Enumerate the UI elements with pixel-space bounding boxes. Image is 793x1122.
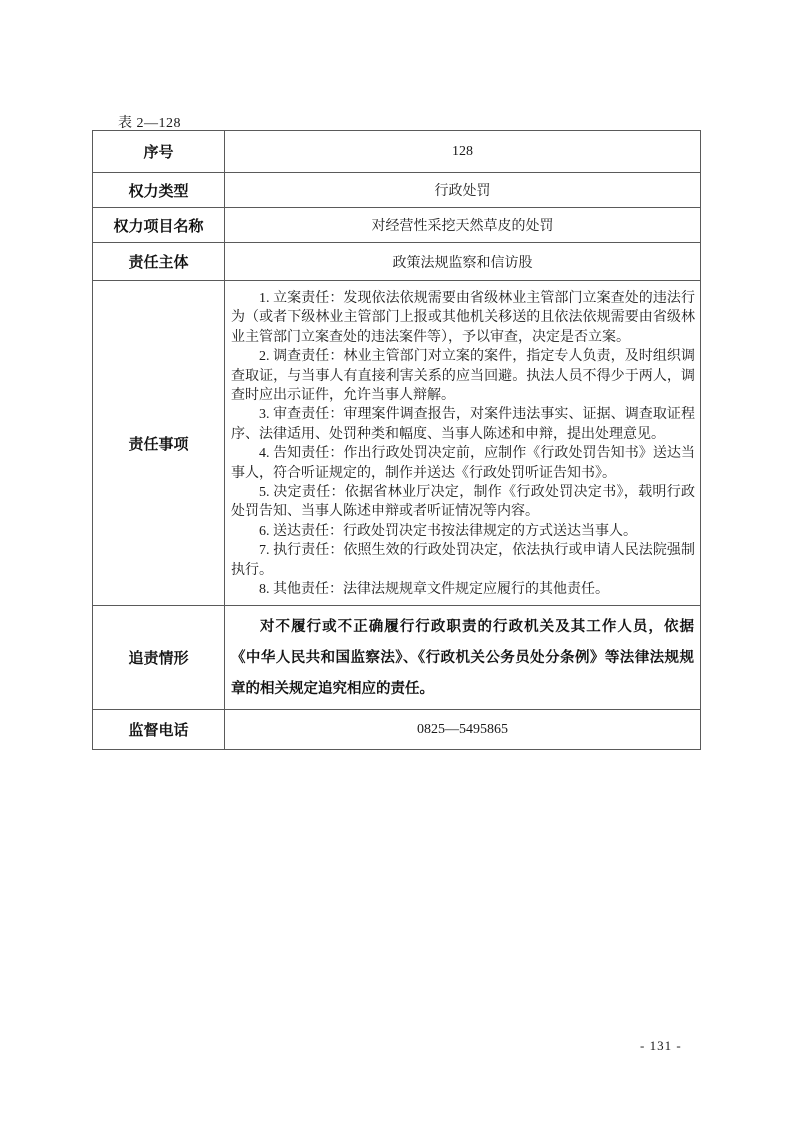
row-label-serial: 序号 — [93, 131, 225, 173]
table-row-power-type: 权力类型 行政处罚 — [93, 173, 701, 208]
power-duty-table: 序号 128 权力类型 行政处罚 权力项目名称 对经营性采挖天然草皮的处罚 责任… — [92, 130, 701, 750]
accountability-text: 对不履行或不正确履行行政职责的行政机关及其工作人员，依据《中华人民共和国监察法》… — [231, 612, 694, 705]
table-row-supervision-phone: 监督电话 0825—5495865 — [93, 710, 701, 750]
row-value-supervision-phone: 0825—5495865 — [225, 710, 701, 750]
duty-item: 1. 立案责任：发现依法依规需要由省级林业主管部门立案查处的违法行为（或者下级林… — [231, 289, 695, 347]
table-caption: 表 2—128 — [118, 112, 181, 132]
page-number: - 131 - — [640, 1038, 682, 1054]
row-label-power-type: 权力类型 — [93, 173, 225, 208]
duty-item: 8. 其他责任：法律法规规章文件规定应履行的其他责任。 — [231, 580, 695, 599]
table-row-serial: 序号 128 — [93, 131, 701, 173]
duty-item: 2. 调查责任：林业主管部门对立案的案件，指定专人负责，及时组织调查取证，与当事… — [231, 347, 695, 405]
row-value-power-item-name: 对经营性采挖天然草皮的处罚 — [225, 208, 701, 243]
duty-item: 7. 执行责任：依照生效的行政处罚决定，依法执行或申请人民法院强制执行。 — [231, 541, 695, 580]
duty-item: 5. 决定责任：依据省林业厅决定，制作《行政处罚决定书》，载明行政处罚告知、当事… — [231, 483, 695, 522]
table-row-power-item-name: 权力项目名称 对经营性采挖天然草皮的处罚 — [93, 208, 701, 243]
row-label-accountability: 追责情形 — [93, 606, 225, 710]
table-row-responsible-subject: 责任主体 政策法规监察和信访股 — [93, 243, 701, 281]
duty-item: 3. 审查责任：审理案件调查报告，对案件违法事实、证据、调查取证程序、法律适用、… — [231, 405, 695, 444]
table-row-duty-items: 责任事项 1. 立案责任：发现依法依规需要由省级林业主管部门立案查处的违法行为（… — [93, 281, 701, 606]
row-label-power-item-name: 权力项目名称 — [93, 208, 225, 243]
row-value-power-type: 行政处罚 — [225, 173, 701, 208]
duty-item: 4. 告知责任：作出行政处罚决定前，应制作《行政处罚告知书》送达当事人，符合听证… — [231, 444, 695, 483]
row-label-duty-items: 责任事项 — [93, 281, 225, 606]
table-row-accountability: 追责情形 对不履行或不正确履行行政职责的行政机关及其工作人员，依据《中华人民共和… — [93, 606, 701, 710]
duty-item: 6. 送达责任：行政处罚决定书按法律规定的方式送达当事人。 — [231, 522, 695, 541]
row-value-duty-items: 1. 立案责任：发现依法依规需要由省级林业主管部门立案查处的违法行为（或者下级林… — [225, 281, 701, 606]
row-label-supervision-phone: 监督电话 — [93, 710, 225, 750]
row-value-serial: 128 — [225, 131, 701, 173]
row-value-accountability: 对不履行或不正确履行行政职责的行政机关及其工作人员，依据《中华人民共和国监察法》… — [225, 606, 701, 710]
row-value-responsible-subject: 政策法规监察和信访股 — [225, 243, 701, 281]
document-page: 表 2—128 序号 128 权力类型 行政处罚 权力项目名称 对经营性采挖天然… — [0, 0, 793, 1122]
row-label-responsible-subject: 责任主体 — [93, 243, 225, 281]
